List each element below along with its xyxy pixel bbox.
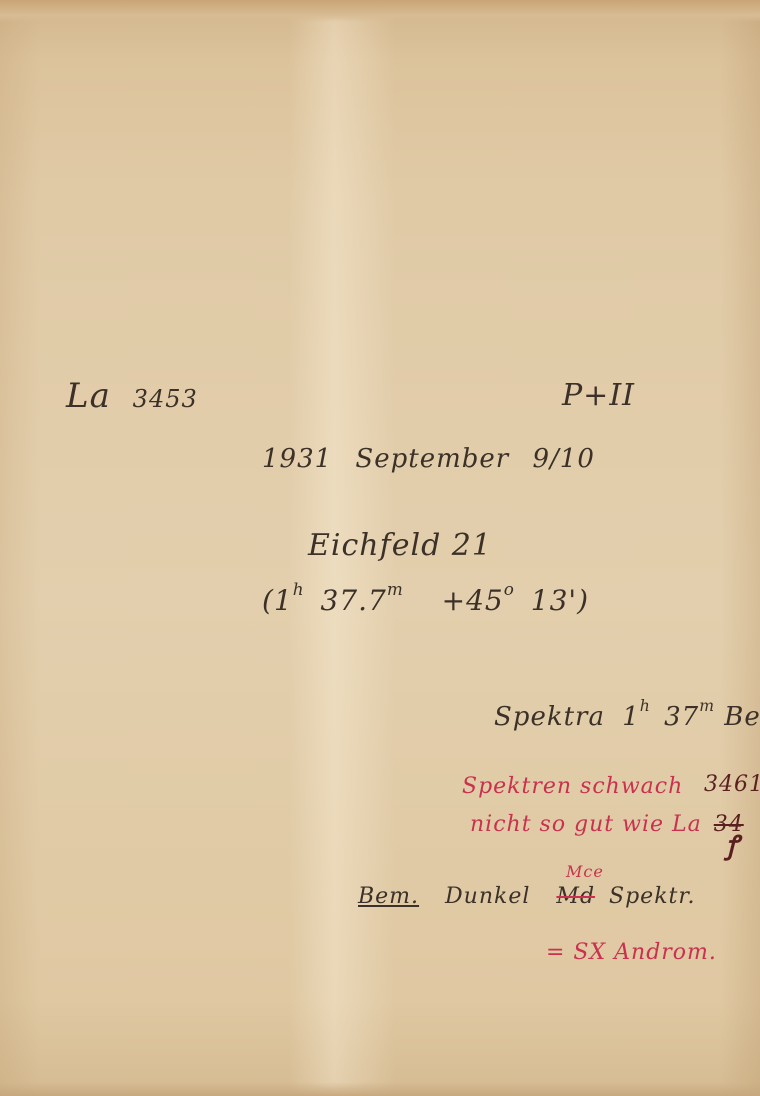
red-note-correction: 3461v xyxy=(704,772,760,797)
dec-minutes: 13 xyxy=(531,584,569,617)
catalog-prefix: La xyxy=(66,376,111,416)
red-note-line-1: Spektren schwach xyxy=(462,774,683,799)
ra-minutes: 37.7 xyxy=(320,584,386,617)
paper-fold-top xyxy=(0,0,760,22)
remark-struck: Md xyxy=(556,884,595,909)
object-coordinates: (1h 37.7m +45o 13') xyxy=(262,584,589,617)
red-note-line-2: nicht so gut wie La 34 xyxy=(470,812,744,837)
ra-hours: 1 xyxy=(274,584,293,617)
catalog-number: La 3453 xyxy=(66,376,198,416)
paper-edge-bottom xyxy=(0,1082,760,1096)
object-name: Eichfeld 21 xyxy=(308,528,492,563)
identification-note: = SX Androm. xyxy=(546,940,717,965)
remark-label: Bem. xyxy=(358,884,419,909)
observation-date: 1931 September 9/10 xyxy=(262,444,595,474)
spectra-note: Spektra 1h 37m Bel. xyxy=(494,702,760,732)
catalog-value: 3453 xyxy=(133,385,198,413)
bem-correction: Mce xyxy=(566,862,604,881)
dec-degrees: +45 xyxy=(442,584,504,617)
ink-blot-mark: ꝭ xyxy=(726,826,739,862)
remark-line: Bem. Dunkel Md Spektr. xyxy=(358,884,695,909)
document-sheet: La 3453 P+II 1931 September 9/10 Eichfel… xyxy=(0,0,760,1096)
plate-label: P+II xyxy=(562,378,635,413)
